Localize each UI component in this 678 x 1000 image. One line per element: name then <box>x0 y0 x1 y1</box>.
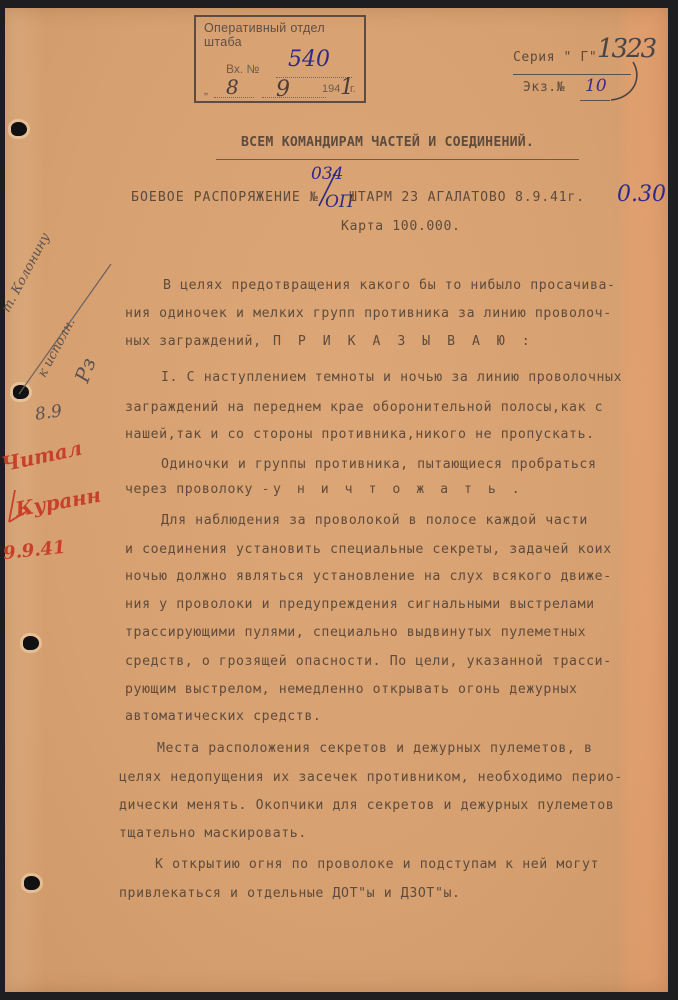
series-label: Серия " Г" <box>513 50 597 65</box>
stamp-quote: „ <box>204 83 208 97</box>
stamp-title: Оперативный отдел штаба <box>204 21 364 49</box>
body-line: ных заграждений, <box>125 334 262 349</box>
stamp-month: 9 <box>276 77 290 102</box>
body-line: дически менять. Окопчики для секретов и … <box>119 798 614 813</box>
body-line: через проволоку - <box>125 482 270 497</box>
series-flourish-icon <box>593 48 653 108</box>
body-line: ночью должно являться установление на сл… <box>125 569 612 584</box>
addressee-heading: ВСЕМ КОМАНДИРАМ ЧАСТЕЙ И СОЕДИНЕНИЙ. <box>241 135 534 150</box>
order-word: П Р И К А З Ы В А Ю : <box>273 334 534 349</box>
map-scale: Карта 100.000. <box>341 219 461 234</box>
pencil-note-date: 8.9 <box>34 401 64 425</box>
body-line: нашей,так и со стороны противника,никого… <box>125 427 595 442</box>
body-line: I. С наступлением темноты и ночью за лин… <box>161 370 622 385</box>
body-line: рующим выстрелом, немедленно открывать о… <box>125 682 578 697</box>
order-suffix: ШТАРМ 23 АГАЛАТОВО 8.9.41г. <box>349 190 585 205</box>
stamp-incoming-number: 540 <box>288 47 330 72</box>
body-line: Одиночки и группы противника, пытающиеся… <box>161 457 597 472</box>
punch-hole <box>23 636 39 650</box>
red-tick-icon <box>5 486 31 526</box>
stamp-incoming-label: Вх. № <box>226 62 259 76</box>
body-line: трассирующими пулями, специально выдвину… <box>125 625 586 640</box>
emphasis-destroy: у н и ч т о ж а т ь . <box>273 482 524 497</box>
body-line: автоматических средств. <box>125 709 321 724</box>
red-note-line1: Читал <box>0 436 84 476</box>
body-line: Места расположения секретов и дежурных п… <box>157 741 593 756</box>
document-page: Оперативный отдел штаба Вх. № 540 „ 8 9 … <box>5 8 668 992</box>
body-line: заграждений на переднем крае оборонитель… <box>125 400 603 415</box>
order-time: 0.30 <box>617 182 666 207</box>
copy-label: Экз.№ <box>523 80 565 95</box>
body-line: Для наблюдения за проволокой в полосе ка… <box>161 513 588 528</box>
stamp-day: 8 <box>226 75 239 99</box>
punch-hole <box>11 122 27 136</box>
body-line: средств, о грозящей опасности. По цели, … <box>125 654 612 669</box>
heading-underline <box>216 159 579 160</box>
body-line: и соединения установить специальные секр… <box>125 542 612 557</box>
body-line: В целях предотвращения какого бы то нибы… <box>163 278 616 293</box>
body-line: ния одиночек и мелких групп противника з… <box>125 306 612 321</box>
punch-hole <box>24 876 40 890</box>
body-line: привлекаться и отдельные ДОТ"ы и ДЗОТ"ы. <box>119 886 461 901</box>
incoming-stamp: Оперативный отдел штаба Вх. № 540 „ 8 9 … <box>194 15 366 103</box>
red-note-date: 9.9.41 <box>2 537 66 564</box>
stamp-year-end: г. <box>350 83 356 95</box>
body-line: тщательно маскировать. <box>119 826 307 841</box>
body-line: К открытию огня по проволоке и подступам… <box>155 857 599 872</box>
body-line: ния у проволоки и предупреждения сигналь… <box>125 597 595 612</box>
body-line: целях недопущения их засечек противником… <box>119 770 623 785</box>
order-prefix: БОЕВОЕ РАСПОРЯЖЕНИЕ № <box>131 190 319 205</box>
stamp-year-prefix: 194 <box>322 83 340 95</box>
